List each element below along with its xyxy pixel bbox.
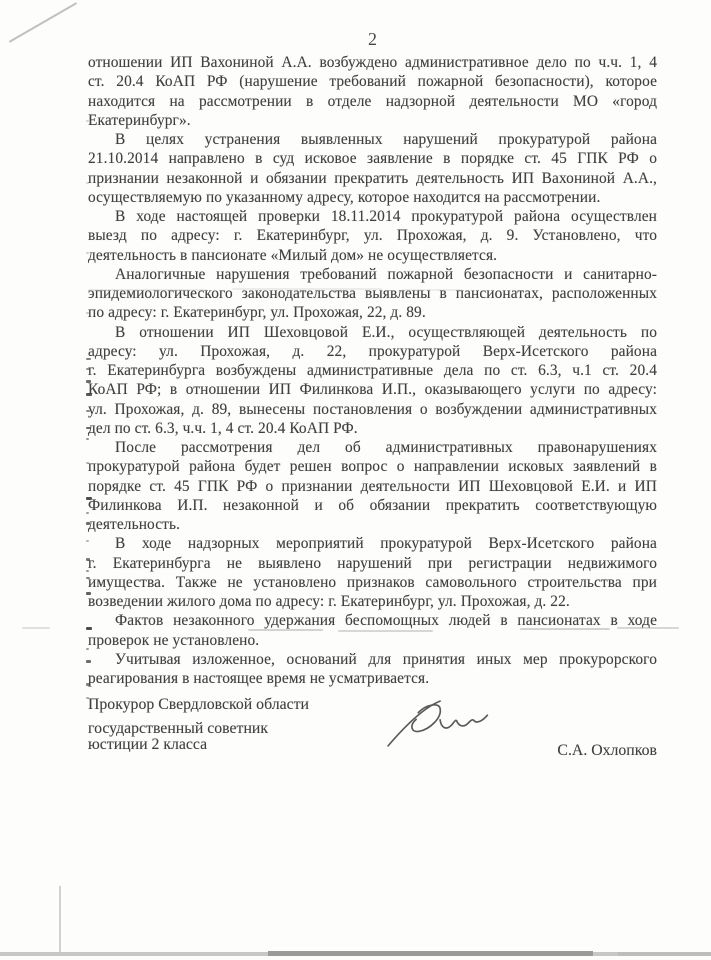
- text-line: имущества. Также не установлено признако…: [88, 573, 657, 592]
- scanned-document-page: 2 отношении ИП Вахониной А.А. возбуждено…: [0, 0, 711, 960]
- document-body: отношении ИП Вахониной А.А. возбуждено а…: [88, 53, 657, 688]
- signatory-name: С.А. Охлопков: [450, 742, 657, 760]
- text-line: осуществляемую по указанному адресу, кот…: [88, 188, 657, 207]
- scan-artifact-vertical-line: [59, 886, 61, 954]
- text-line: деятельность.: [88, 515, 657, 534]
- text-line: После рассмотрения дел об административн…: [88, 438, 657, 457]
- scan-artifact-diagonal-crease: [9, 2, 77, 42]
- text-line: находится на рассмотрении в отделе надзо…: [88, 92, 657, 111]
- text-line: проверок не установлено.: [88, 631, 657, 650]
- text-line: прокуратурой района будет решен вопрос о…: [88, 457, 657, 476]
- text-line: В отношении ИП Шеховцовой Е.И., осуществ…: [88, 323, 657, 342]
- text-line: отношении ИП Вахониной А.А. возбуждено а…: [88, 53, 657, 72]
- text-line: порядке ст. 45 ГПК РФ о признании деятел…: [88, 477, 657, 496]
- text-line: КоАП РФ; в отношении ИП Филинкова И.П., …: [88, 380, 657, 399]
- text-line: В целях устранения выявленных нарушений …: [88, 130, 657, 149]
- text-line: 21.10.2014 направлено в суд исковое заяв…: [88, 149, 657, 168]
- text-line: Фактов незаконного удержания беспомощных…: [88, 611, 657, 630]
- text-line: В ходе настоящей проверки 18.11.2014 про…: [88, 207, 657, 226]
- text-line: реагирования в настоящее время не усматр…: [88, 669, 657, 688]
- text-line: выезд по адресу: г. Екатеринбург, ул. Пр…: [88, 226, 657, 245]
- text-line: г. Екатеринбурга не выявлено нарушений п…: [88, 554, 657, 573]
- text-line: признании незаконной и обязании прекрати…: [88, 169, 657, 188]
- signatory-title: Прокурор Свердловской области: [88, 696, 309, 714]
- text-line: по адресу: г. Екатеринбург, ул. Прохожая…: [88, 303, 657, 322]
- text-line: ул. Прохожая, д. 89, вынесены постановле…: [88, 400, 657, 419]
- scan-smudge: [22, 627, 50, 629]
- text-line: Филинкова И.П. незаконной и об обязании …: [88, 496, 657, 515]
- scan-edge-shadow-right: [618, 952, 711, 956]
- text-line: г. Екатеринбурга возбуждены администрати…: [88, 361, 657, 380]
- text-line: адресу: ул. Прохожая, д. 22, прокуратуро…: [88, 342, 657, 361]
- text-line: дел по ст. 6.3, ч.ч. 1, 4 ст. 20.4 КоАП …: [88, 419, 657, 438]
- text-line: возведении жилого дома по адресу: г. Ека…: [88, 592, 657, 611]
- text-line: Екатеринбург».: [88, 111, 657, 130]
- text-line: Учитывая изложенное, оснований для приня…: [88, 650, 657, 669]
- page-number: 2: [88, 29, 657, 50]
- text-line: эпидемиологического законодательства выя…: [88, 284, 657, 303]
- signatory-rank-line2: юстиции 2 класса: [88, 736, 207, 754]
- text-line: деятельность в пансионате «Милый дом» не…: [88, 246, 657, 265]
- text-line: В ходе надзорных мероприятий прокуратуро…: [88, 534, 657, 553]
- scan-edge-shadow-dark: [268, 951, 593, 956]
- text-line: ст. 20.4 КоАП РФ (нарушение требований п…: [88, 72, 657, 91]
- text-line: Аналогичные нарушения требований пожарно…: [88, 265, 657, 284]
